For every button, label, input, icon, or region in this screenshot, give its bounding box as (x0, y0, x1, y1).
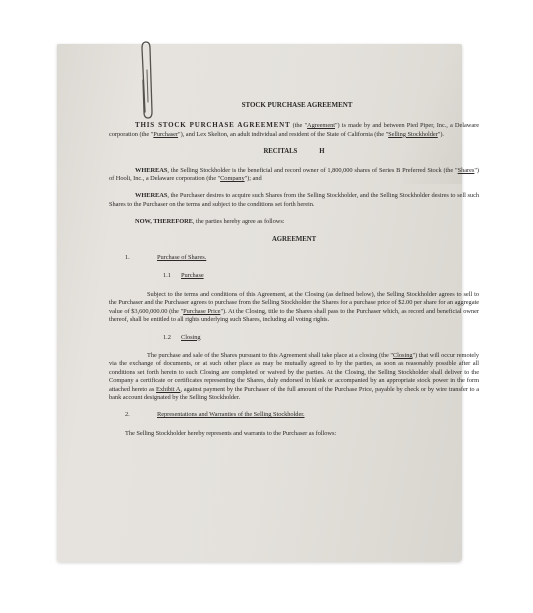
section-1-1-body: Subject to the terms and conditions of t… (109, 291, 479, 325)
agreement-heading: AGREEMENT (109, 236, 479, 244)
recital-2: WHEREAS, the Purchaser desires to acquir… (109, 192, 479, 209)
section-2-body: The Selling Stockholder hereby represent… (125, 430, 479, 438)
section-title: Representations and Warranties of the Se… (157, 411, 305, 418)
text: "). (438, 131, 444, 138)
document-body: STOCK PURCHASE AGREEMENT THIS STOCK PURC… (109, 101, 479, 438)
recitals-label: RECITALS (263, 148, 297, 155)
subsection-title: Purchase (181, 272, 204, 279)
document-title: STOCK PURCHASE AGREEMENT (109, 101, 479, 109)
recitals-mark: H (319, 148, 324, 155)
text: , the parties hereby agree as follows: (193, 218, 285, 225)
subsection-number: 1.2 (163, 334, 181, 342)
whereas-lead: WHEREAS (135, 167, 167, 174)
subsection-number: 1.1 (163, 272, 181, 280)
section-1-2-body: The purchase and sale of the Shares purs… (109, 352, 479, 402)
section-1-heading: 1.Purchase of Shares. (125, 254, 479, 262)
text: "), and Lex Skelton, an adult individual… (178, 131, 388, 138)
text: , the Selling Stockholder is the benefic… (167, 167, 457, 174)
section-1-2-heading: 1.2Closing (163, 334, 479, 342)
now-therefore-paragraph: NOW, THEREFORE, the parties hereby agree… (109, 218, 479, 226)
defined-term-shares: Shares (458, 167, 475, 174)
defined-term-company: Company (220, 175, 245, 182)
text: The purchase and sale of the Shares purs… (147, 352, 393, 359)
whereas-lead: WHEREAS (135, 192, 167, 199)
intro-paragraph: THIS STOCK PURCHASE AGREEMENT (the "Agre… (109, 121, 479, 139)
defined-term-selling-stockholder: Selling Stockholder (388, 131, 438, 138)
now-therefore-lead: NOW, THEREFORE (135, 218, 193, 225)
section-number: 1. (125, 254, 157, 262)
section-1-1-heading: 1.1Purchase (163, 272, 479, 280)
section-title: Purchase of Shares. (157, 254, 206, 261)
text: "); and (245, 175, 262, 182)
intro-lead: THIS STOCK PURCHASE AGREEMENT (135, 121, 290, 129)
subsection-title: Closing (181, 334, 201, 341)
exhibit-a-reference: Exhibit A (156, 386, 180, 393)
defined-term-agreement: Agreement (307, 122, 335, 129)
defined-term-purchase-price: Purchase Price (183, 308, 220, 315)
recital-1: WHEREAS, the Selling Stockholder is the … (109, 167, 479, 184)
section-number: 2. (125, 411, 157, 419)
recitals-heading: RECITALSH (109, 148, 479, 156)
defined-term-purchaser: Purchaser (153, 131, 178, 138)
text: (the " (290, 122, 307, 129)
section-2-heading: 2.Representations and Warranties of the … (125, 411, 479, 419)
defined-term-closing: Closing (393, 352, 413, 359)
